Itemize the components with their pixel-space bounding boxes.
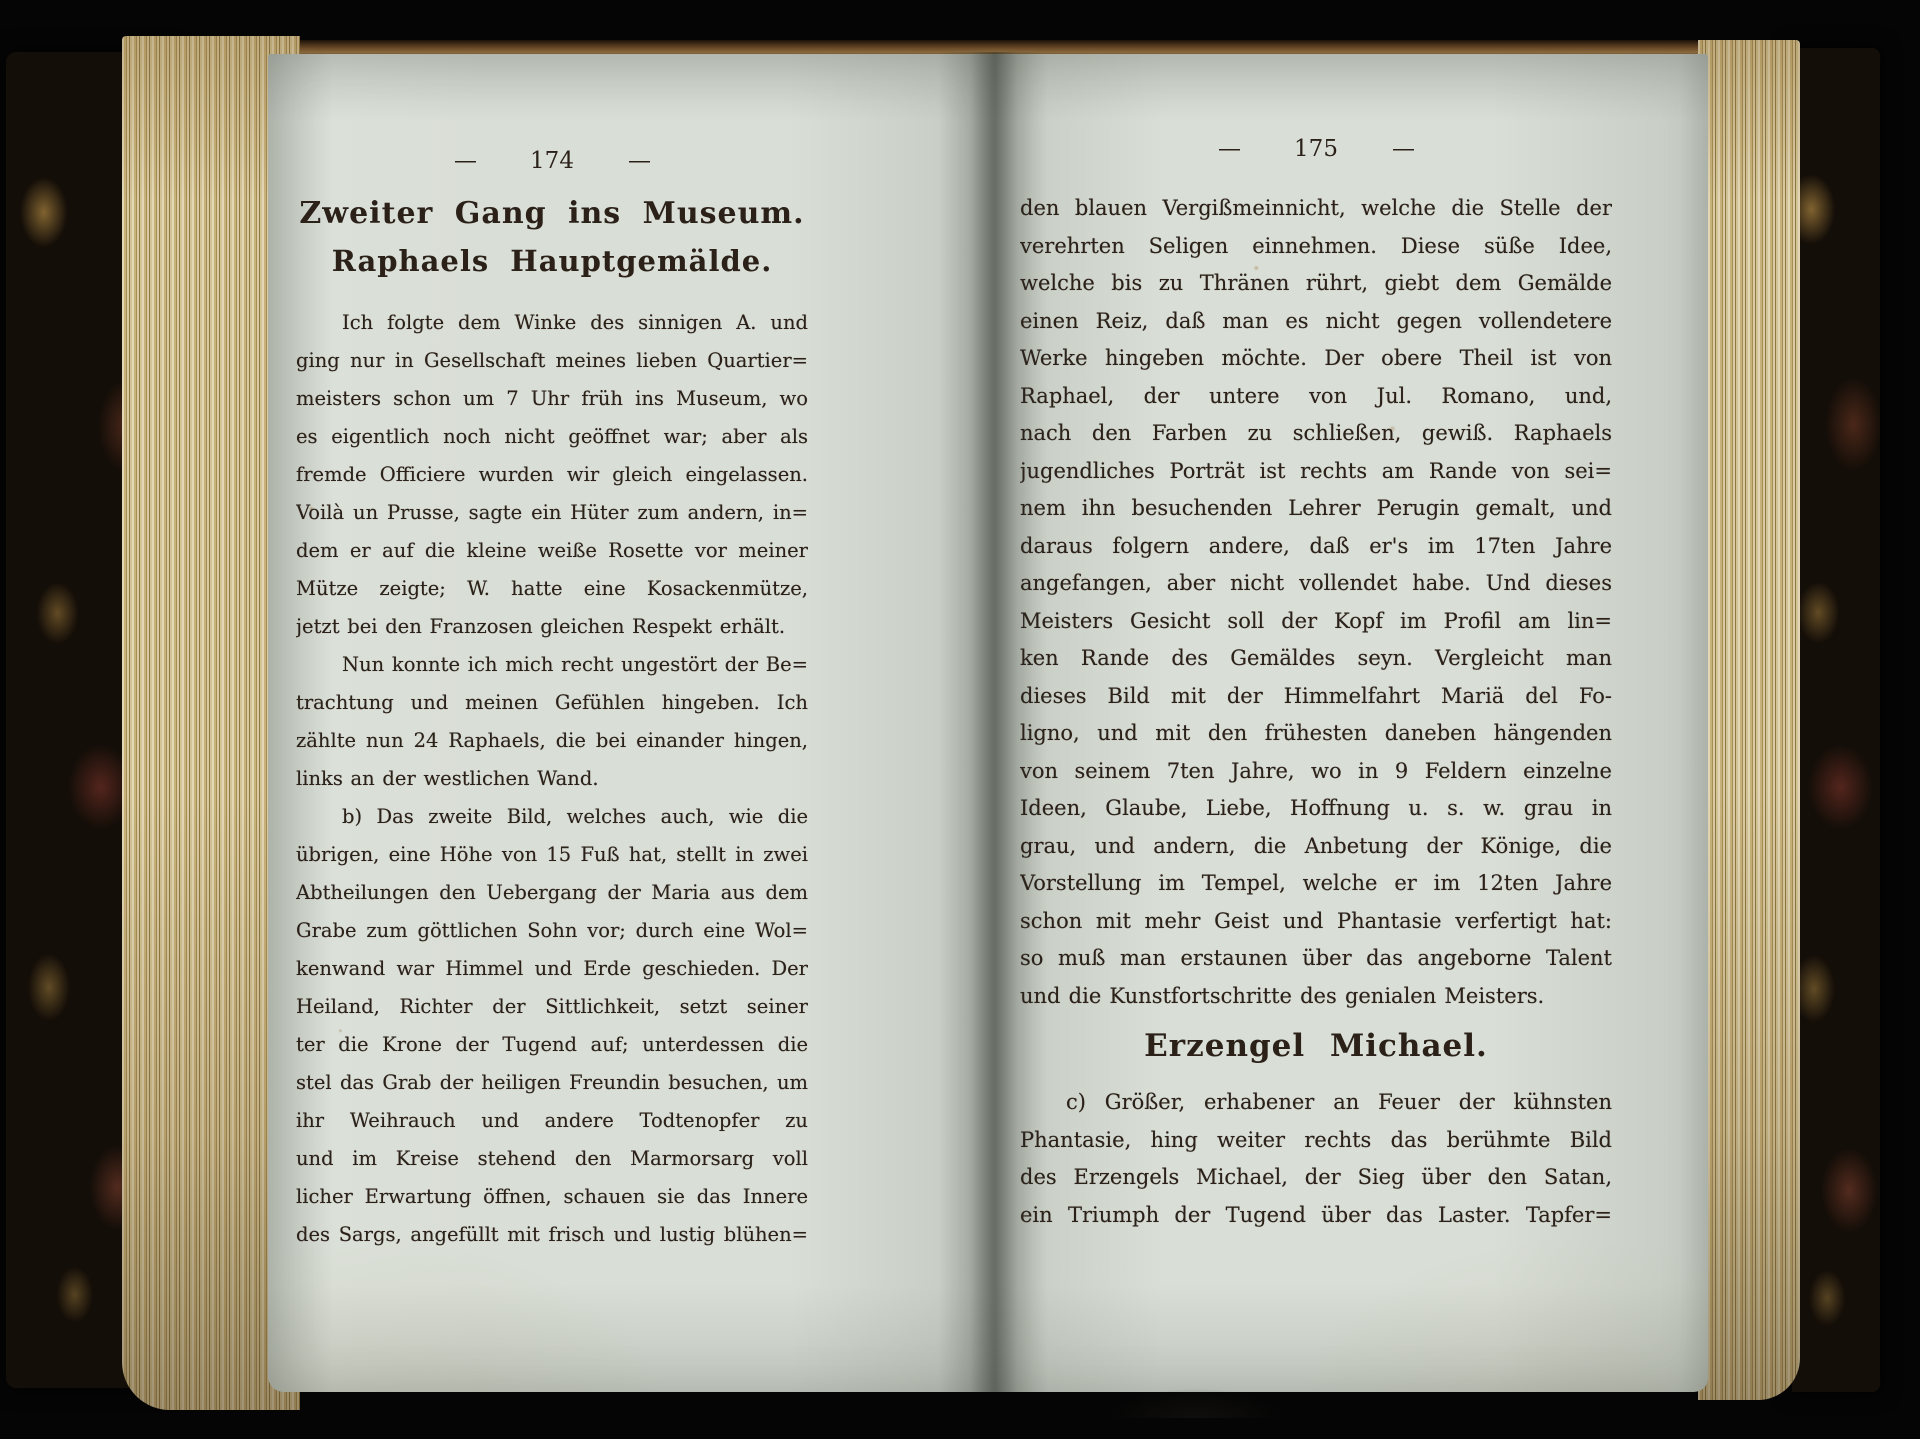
text-line: Nun konnte ich mich recht ungestört der …: [296, 646, 808, 684]
page-edges-right: [1698, 40, 1800, 1400]
text-line: daraus folgern andere, daß er's im 17ten…: [1020, 528, 1612, 566]
text-line: verehrten Seligen einnehmen. Diese süße …: [1020, 228, 1612, 266]
open-book: — 174 — Zweiter Gang ins Museum. Raphael…: [6, 30, 1880, 1412]
text-line: Ideen, Glaube, Liebe, Hoffnung u. s. w. …: [1020, 790, 1612, 828]
text-line: Mütze zeigte; W. hatte eine Kosackenmütz…: [296, 570, 808, 608]
page-number: 174: [530, 148, 574, 174]
text-line: des Erzengels Michael, der Sieg über den…: [1020, 1159, 1612, 1197]
text-column-right: den blauen Vergißmeinnicht, welche die S…: [1020, 190, 1612, 1015]
text-line: ligno, und mit den frühesten daneben hän…: [1020, 715, 1612, 753]
text-line: b) Das zweite Bild, welches auch, wie di…: [296, 798, 808, 836]
text-line: ter die Krone der Tugend auf; unterdesse…: [296, 1026, 808, 1064]
stain: [1106, 1388, 1286, 1418]
text-line: jugendliches Porträt ist rechts am Rande…: [1020, 453, 1612, 491]
text-line: Vorstellung im Tempel, welche er im 12te…: [1020, 865, 1612, 903]
text-line: ging nur in Gesellschaft meines lieben Q…: [296, 342, 808, 380]
text-line: übrigen, eine Höhe von 15 Fuß hat, stell…: [296, 836, 808, 874]
text-line: ken Rande des Gemäldes seyn. Vergleicht …: [1020, 640, 1612, 678]
text-line: kenwand war Himmel und Erde geschieden. …: [296, 950, 808, 988]
text-line: von seinem 7ten Jahre, wo in 9 Feldern e…: [1020, 753, 1612, 791]
text-line: ihr Weihrauch und andere Todtenopfer zu …: [296, 1102, 808, 1140]
chapter-title-line: Zweiter Gang ins Museum.: [296, 196, 808, 231]
text-line: links an der westlichen Wand.: [296, 760, 808, 798]
page-header-left: — 174 —: [296, 148, 808, 174]
text-line: es eigentlich noch nicht geöffnet war; a…: [296, 418, 808, 456]
text-line: Phantasie, hing weiter rechts das berühm…: [1020, 1122, 1612, 1160]
text-line: dieses Bild mit der Himmelfahrt Mariä de…: [1020, 678, 1612, 716]
text-line: Werke hingeben möchte. Der obere Theil i…: [1020, 340, 1612, 378]
text-line: Ich folgte dem Winke des sinnigen A. und: [296, 304, 808, 342]
text-line: und die Kunstfortschritte des genialen M…: [1020, 978, 1612, 1016]
header-rule: —: [628, 148, 650, 174]
text-line: ein Triumph der Tugend über das Laster. …: [1020, 1197, 1612, 1235]
text-line: meisters schon um 7 Uhr früh ins Museum,…: [296, 380, 808, 418]
text-column-left: Ich folgte dem Winke des sinnigen A. und…: [296, 304, 808, 1254]
header-rule: —: [454, 148, 476, 174]
text-line: zählte nun 24 Raphaels, die bei einander…: [296, 722, 808, 760]
section-heading: Erzengel Michael.: [1020, 1028, 1612, 1064]
text-line: trachtung und meinen Gefühlen hingeben. …: [296, 684, 808, 722]
text-line: Heiland, Richter der Sittlichkeit, setzt…: [296, 988, 808, 1026]
text-line: grau, und andern, die Anbetung der König…: [1020, 828, 1612, 866]
page-header-right: — 175 —: [1020, 136, 1612, 162]
header-rule: —: [1392, 136, 1414, 162]
text-line: nach den Farben zu schließen, gewiß. Rap…: [1020, 415, 1612, 453]
text-line: welche bis zu Thränen rührt, giebt dem G…: [1020, 265, 1612, 303]
text-line: Meisters Gesicht soll der Kopf im Profil…: [1020, 603, 1612, 641]
text-line: fremde Officiere wurden wir gleich einge…: [296, 456, 808, 494]
text-line: schon mit mehr Geist und Phantasie verfe…: [1020, 903, 1612, 941]
text-line: den blauen Vergißmeinnicht, welche die S…: [1020, 190, 1612, 228]
text-column-right-after-heading: c) Größer, erhabener an Feuer der kühnst…: [1020, 1084, 1612, 1234]
page-number: 175: [1294, 136, 1338, 162]
text-line: dem er auf die kleine weiße Rosette vor …: [296, 532, 808, 570]
chapter-title-line: Raphaels Hauptgemälde.: [296, 244, 808, 278]
book-cover-right: [1792, 48, 1880, 1392]
text-line: des Sargs, angefüllt mit frisch und lust…: [296, 1216, 808, 1254]
text-line: c) Größer, erhabener an Feuer der kühnst…: [1020, 1084, 1612, 1122]
text-line: angefangen, aber nicht vollendet habe. U…: [1020, 565, 1612, 603]
text-line: Raphael, der untere von Jul. Romano, und…: [1020, 378, 1612, 416]
header-rule: —: [1218, 136, 1240, 162]
text-line: Abtheilungen den Uebergang der Maria aus…: [296, 874, 808, 912]
text-line: jetzt bei den Franzosen gleichen Respekt…: [296, 608, 808, 646]
text-line: einen Reiz, daß man es nicht gegen volle…: [1020, 303, 1612, 341]
text-line: so muß man erstaunen über das angeborne …: [1020, 940, 1612, 978]
text-line: stel das Grab der heiligen Freundin besu…: [296, 1064, 808, 1102]
text-line: Voilà un Prusse, sagte ein Hüter zum and…: [296, 494, 808, 532]
text-line: Grabe zum göttlichen Sohn vor; durch ein…: [296, 912, 808, 950]
text-line: licher Erwartung öffnen, schauen sie das…: [296, 1178, 808, 1216]
text-line: und im Kreise stehend den Marmorsarg vol…: [296, 1140, 808, 1178]
text-line: nem ihn besuchenden Lehrer Perugin gemal…: [1020, 490, 1612, 528]
